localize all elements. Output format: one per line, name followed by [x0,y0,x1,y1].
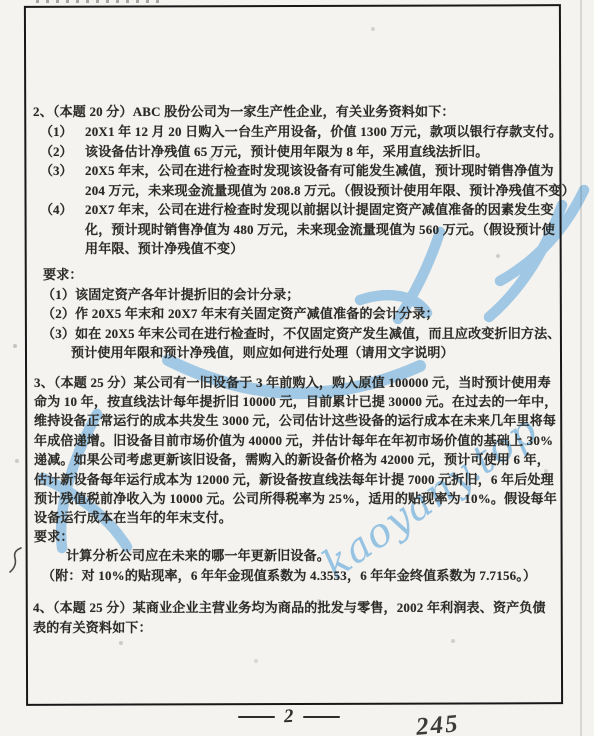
q2-item4-text: 用年限、预计净残值不变） [85,238,243,257]
q2-item1-number: （1） [40,121,73,140]
q2-requirement-3-cont: 预计使用年限和预计净残值，则应如何进行处理（请用文字说明） [71,342,454,361]
q4-heading: 4、（本题 25 分）某商业企业主营业务均为商品的批发与零售，2002 年利润表… [33,597,546,616]
q2-item3-text: 20X5 年末，公司在进行检查时发现该设备有可能发生减值，预计现时销售净值为 [85,160,554,179]
q2-requirement-1: （1）该固定资产各年计提折旧的会计分录； [42,284,300,303]
q3-requirement: 计算分析公司应在未来的哪一年更新旧设备。 [66,545,330,564]
q2-item3-text: 204 万元，未来现金流量现值为 208.8 万元。（假设预计使用年限、预计净残… [85,180,575,199]
q3-paragraph-line: 递减。如果公司考虑更新该旧设备，需购入的新设备价格为 42000 元，预计可使用… [34,449,550,468]
q3-paragraph-line: 估计新设备每年运行成本为 12000 元，新设备按直线法每年计提 7000 元折… [34,469,554,488]
q2-item2-text: 该设备估计净残值 65 万元，预计使用年限为 8 年，采用直线法折旧。 [85,141,489,160]
page-number-value: 2 [283,706,294,728]
q2-item3-number: （3） [40,160,73,179]
q3-paragraph-line: 维持设备正常运行的成本共发生 3000 元，公司估计这些设备的运行成本在未来几年… [34,410,556,429]
page-number: 2 [238,704,348,730]
page-edge-shadow [580,0,582,736]
q2-item4-number: （4） [40,199,73,218]
q3-note: （附：对 10%的贴现率，6 年年金现值系数为 4.3553，6 年年金终值系数… [42,565,536,584]
q3-paragraph-line: 3、（本题 25 分）某公司有一旧设备于 3 年前购入，购入原值 100000 … [34,372,551,391]
q2-requirement-3: （3）如在 20X5 年末公司在进行检查时，不仅固定资产发生减值，而且应改变折旧… [42,323,561,342]
scanned-exam-page: kaoyany.top 2、（本题 20 分）ABC 股份公司为一家生产性企业，… [0,0,594,736]
q2-item4-text: 20X7 年末，公司在进行检查时发现以前据以计提固定资产减值准备的因素发生变 [85,199,554,218]
q2-heading: 2、（本题 20 分）ABC 股份公司为一家生产性企业，有关业务资料如下： [33,101,455,120]
q3-paragraph-line: 设备运行成本在当年的年末支付。 [34,507,232,526]
q3-paragraph-line: 预计残值税前净收入为 10000 元。公司所得税率为 25%，适用的贴现率为 1… [34,488,557,507]
scan-noise-top [36,0,166,3]
scan-specks [0,0,2,2]
handwritten-corner-mark: 245 [415,710,461,736]
page-number-dash [238,716,275,718]
q2-requirement-2: （2）作 20X5 年末和 20X7 年末有关固定资产减值准备的会计分录； [42,303,439,322]
q3-paragraph-line: 年成倍递增。旧设备目前市场价值为 40000 元，并估计每年在年初市场价值的基础… [34,430,553,449]
q4-heading-cont: 表的有关资料如下： [33,617,152,636]
q2-requirements-label: 要求： [43,264,83,283]
q3-requirements-label: 要求： [34,526,74,545]
q3-paragraph-line: 命为 10 年，按直线法计每年提折旧 10000 元，目前累计已提 30000 … [34,391,558,410]
q2-item2-number: （2） [40,141,73,160]
q2-item4-text: 化，预计现时销售净值为 480 万元，未来现金流量现值为 560 万元。（假设预… [85,219,555,238]
page-number-dash [303,716,340,718]
pen-mark-icon [2,542,26,576]
q2-item1-text: 20X1 年 12 月 20 日购入一台生产用设备，价值 1300 万元，款项以… [85,121,562,140]
